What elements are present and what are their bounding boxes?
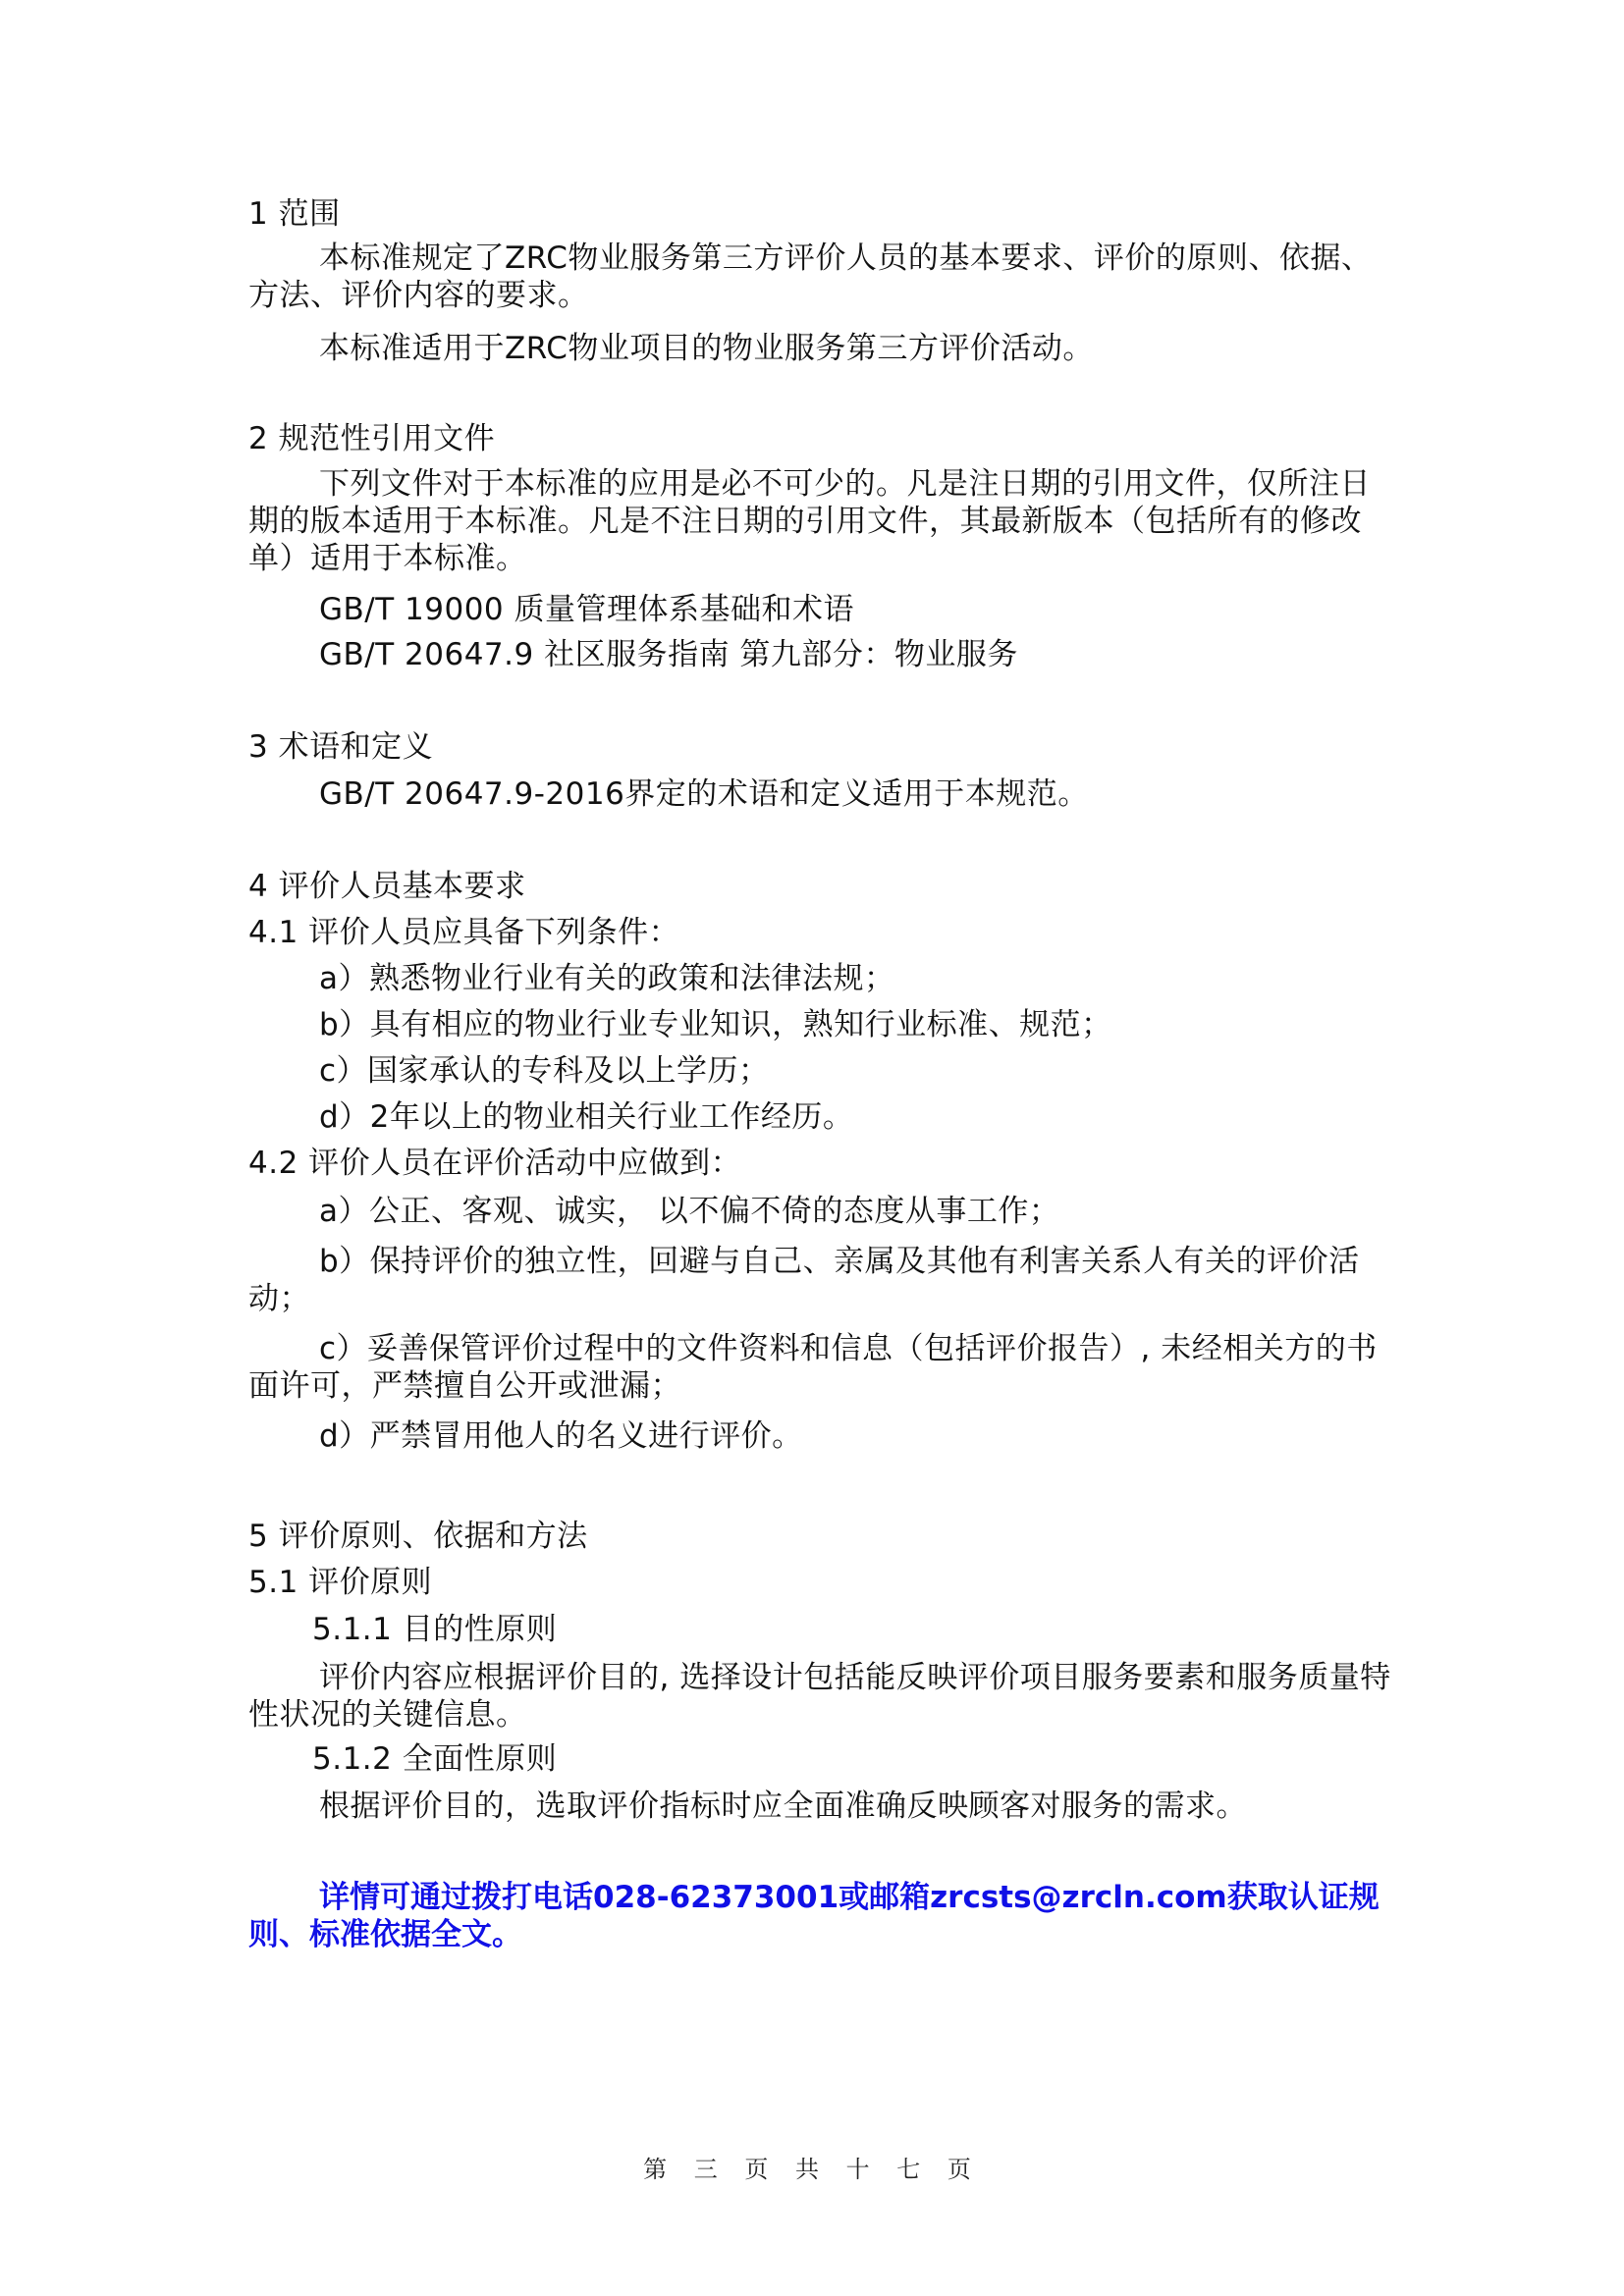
section-1-paragraph-1: 本标准规定了ZRC物业服务第三方评价人员的基本要求、评价的原则、依据、方法、评价… <box>248 240 1397 314</box>
section-4-2-item-c: c）妥善保管评价过程中的文件资料和信息（包括评价报告）, 未经相关方的书面许可，… <box>248 1330 1397 1405</box>
contact-notice: 详情可通过拨打电话028-62373001或邮箱zrcsts@zrcln.com… <box>248 1879 1397 1953</box>
section-4-2-item-b: b）保持评价的独立性，回避与自己、亲属及其他有利害关系人有关的评价活动； <box>248 1243 1397 1317</box>
section-4-2-item-a: a）公正、客观、诚实， 以不偏不倚的态度从事工作； <box>319 1193 1468 1230</box>
section-4-2-item-d: d）严禁冒用他人的名义进行评价。 <box>319 1417 1468 1455</box>
reference-1: GB/T 19000 质量管理体系基础和术语 <box>319 591 1468 628</box>
section-5-1-1-paragraph: 评价内容应根据评价目的, 选择设计包括能反映评价项目服务要素和服务质量特性状况的… <box>248 1659 1397 1734</box>
section-3-paragraph-1: GB/T 20647.9-2016界定的术语和定义适用于本规范。 <box>319 775 1468 813</box>
section-4-1-item-d: d）2年以上的物业相关行业工作经历。 <box>319 1098 1468 1136</box>
section-4-1-item-a: a）熟悉物业行业有关的政策和法律法规； <box>319 960 1468 997</box>
section-4-1-item-c: c）国家承认的专科及以上学历； <box>319 1052 1468 1090</box>
page-number-footer: 第 三 页 共 十 七 页 <box>0 2150 1624 2184</box>
section-2-paragraph-1: 下列文件对于本标准的应用是必不可少的。凡是注日期的引用文件，仅所注日期的版本适用… <box>248 465 1397 577</box>
section-2-heading: 2 规范性引用文件 <box>248 420 1397 457</box>
section-5-1-2-paragraph: 根据评价目的，选取评价指标时应全面准确反映顾客对服务的需求。 <box>319 1788 1468 1825</box>
section-5-1-heading: 5.1 评价原则 <box>248 1564 1397 1601</box>
section-5-1-1-heading: 5.1.1 目的性原则 <box>312 1611 1461 1648</box>
section-4-1-heading: 4.1 评价人员应具备下列条件： <box>248 914 1397 951</box>
section-4-1-item-b: b）具有相应的物业行业专业知识，熟知行业标准、规范； <box>319 1006 1468 1043</box>
section-4-2-heading: 4.2 评价人员在评价活动中应做到： <box>248 1145 1397 1182</box>
document-page: 1 范围 本标准规定了ZRC物业服务第三方评价人员的基本要求、评价的原则、依据、… <box>0 0 1624 2296</box>
reference-2: GB/T 20647.9 社区服务指南 第九部分：物业服务 <box>319 636 1468 673</box>
section-1-heading: 1 范围 <box>248 195 1397 233</box>
section-5-1-2-heading: 5.1.2 全面性原则 <box>312 1740 1461 1778</box>
section-4-heading: 4 评价人员基本要求 <box>248 868 1397 905</box>
section-1-paragraph-2: 本标准适用于ZRC物业项目的物业服务第三方评价活动。 <box>319 330 1468 367</box>
section-3-heading: 3 术语和定义 <box>248 728 1397 766</box>
section-5-heading: 5 评价原则、依据和方法 <box>248 1518 1397 1555</box>
